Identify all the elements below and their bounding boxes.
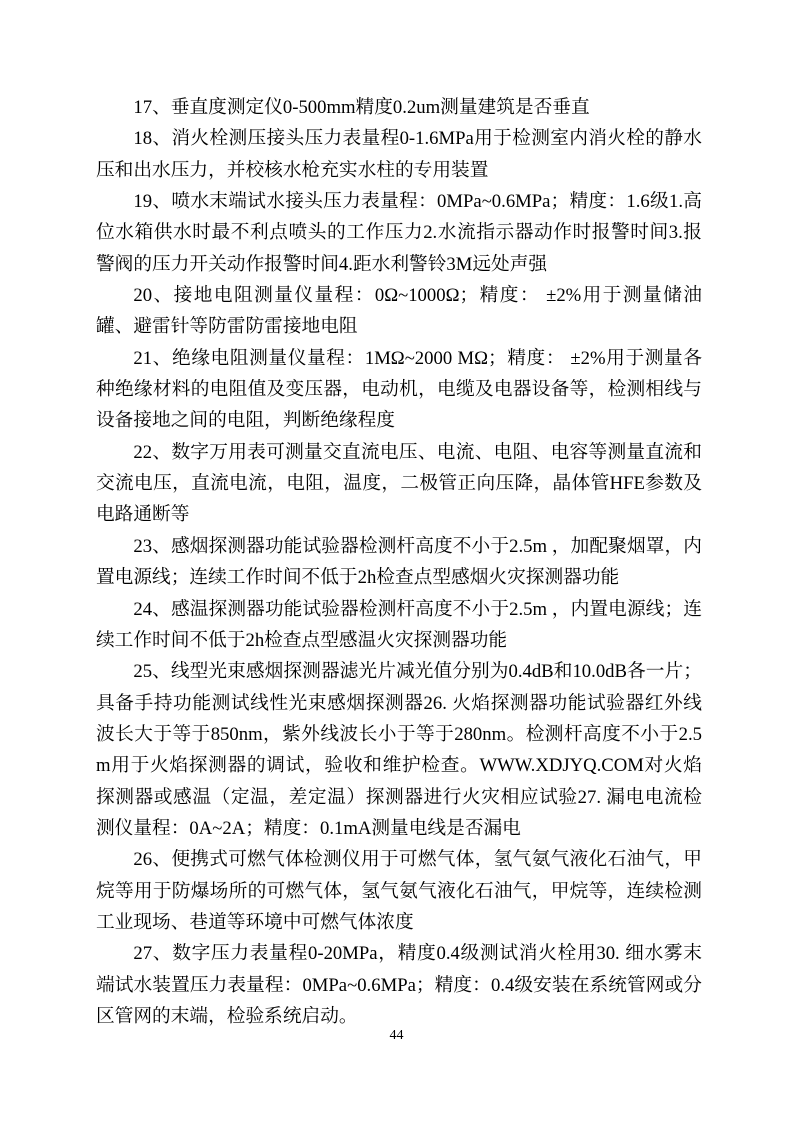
paragraph-item-20: 20、接地电阻测量仪量程：0Ω~1000Ω；精度： ±2%用于测量储油罐、避雷针… <box>96 280 702 343</box>
paragraph-item-19: 19、喷水末端试水接头压力表量程：0MPa~0.6MPa；精度：1.6级1.高位… <box>96 186 702 280</box>
page-footer: 44 <box>0 1026 793 1044</box>
document-content: 17、垂直度测定仪0-500mm精度0.2um测量建筑是否垂直 18、消火栓测压… <box>96 92 702 1032</box>
paragraph-item-21: 21、绝缘电阻测量仪量程：1MΩ~2000 MΩ；精度： ±2%用于测量各种绝缘… <box>96 343 702 437</box>
document-page: 17、垂直度测定仪0-500mm精度0.2um测量建筑是否垂直 18、消火栓测压… <box>0 0 793 1122</box>
paragraph-item-27: 27、数字压力表量程0-20MPa，精度0.4级测试消火栓用30. 细水雾末端试… <box>96 938 702 1032</box>
paragraph-item-17: 17、垂直度测定仪0-500mm精度0.2um测量建筑是否垂直 <box>96 92 702 123</box>
paragraph-item-25: 25、线型光束感烟探测器滤光片减光值分别为0.4dB和10.0dB各一片；具备手… <box>96 656 702 844</box>
paragraph-item-18: 18、消火栓测压接头压力表量程0-1.6MPa用于检测室内消火栓的静水压和出水压… <box>96 123 702 186</box>
paragraph-item-26: 26、便携式可燃气体检测仪用于可燃气体，氢气氨气液化石油气，甲烷等用于防爆场所的… <box>96 844 702 938</box>
paragraph-item-24: 24、感温探测器功能试验器检测杆高度不小于2.5m ，内置电源线；连续工作时间不… <box>96 594 702 657</box>
paragraph-item-22: 22、数字万用表可测量交直流电压、电流、电阻、电容等测量直流和交流电压，直流电流… <box>96 437 702 531</box>
page-number: 44 <box>390 1028 404 1043</box>
paragraph-item-23: 23、感烟探测器功能试验器检测杆高度不小于2.5m ，加配聚烟罩，内置电源线；连… <box>96 531 702 594</box>
